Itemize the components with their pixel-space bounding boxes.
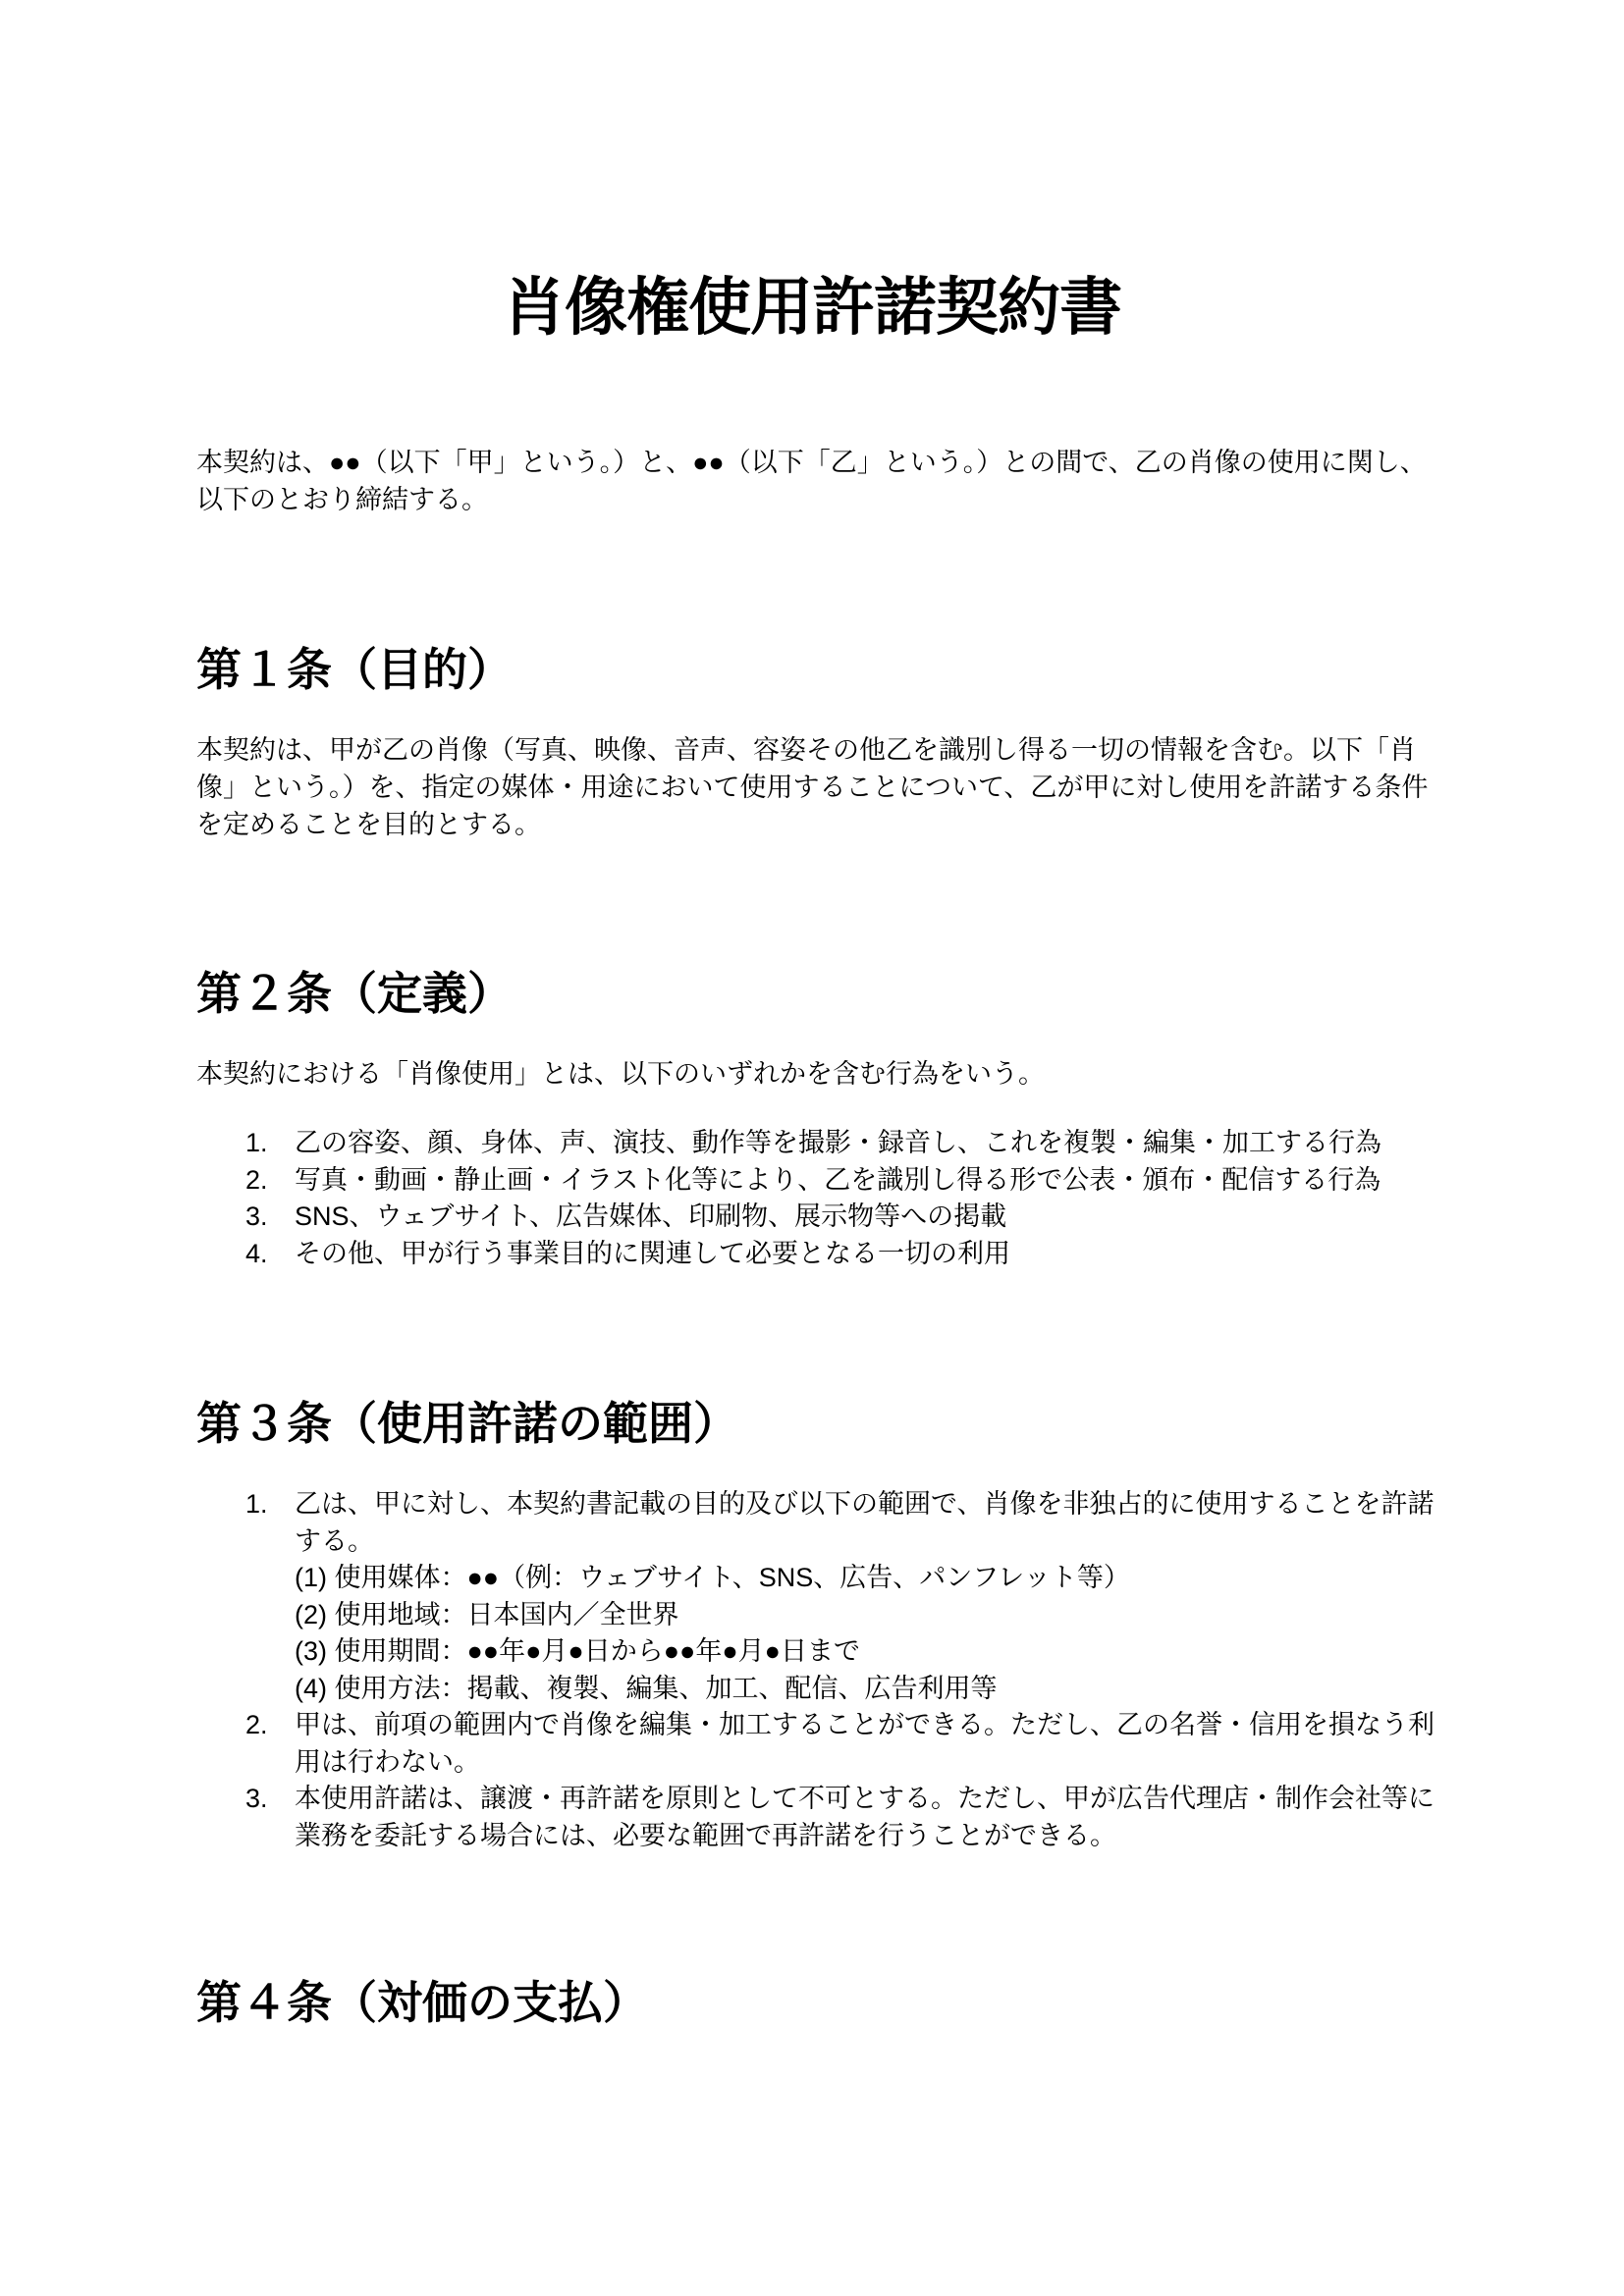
list-item-number: 2. [245,1707,268,1744]
list-item: 3. 本使用許諾は、譲渡・再許諾を原則として不可とする。ただし、甲が広告代理店・… [196,1781,1443,1854]
list-item-number: 1. [245,1125,268,1162]
article-4-heading: 第４条（対価の支払） [196,1973,648,2032]
list-item: 4. その他、甲が行う事業目的に関連して必要となる一切の利用 [196,1236,1443,1273]
article-1-body: 本契約は、甲が乙の肖像（写真、映像、音声、容姿その他乙を識別し得る一切の情報を含… [196,731,1434,843]
list-item-number: 4. [245,1236,268,1273]
list-item: 3. SNS、ウェブサイト、広告媒体、印刷物、展示物等への掲載 [196,1199,1443,1236]
list-item-number: 1. [245,1486,268,1523]
list-item: 1. 乙は、甲に対し、本契約書記載の目的及び以下の範囲で、肖像を非独占的に使用す… [196,1486,1443,1707]
list-item-number: 3. [245,1199,268,1236]
list-item: 1. 乙の容姿、顔、身体、声、演技、動作等を撮影・録音し、これを複製・編集・加工… [196,1125,1443,1162]
article-3-list: 1. 乙は、甲に対し、本契約書記載の目的及び以下の範囲で、肖像を非独占的に使用す… [196,1486,1443,1854]
list-item-number: 2. [245,1162,268,1200]
document-page: 肖像権使用許諾契約書 本契約は、●●（以下「甲」という。）と、●●（以下「乙」と… [0,0,1624,2296]
list-item-number: 3. [245,1781,268,1818]
list-item-text: 乙の容姿、顔、身体、声、演技、動作等を撮影・録音し、これを複製・編集・加工する行… [295,1128,1381,1157]
list-item: 2. 写真・動画・静止画・イラスト化等により、乙を識別し得る形で公表・頒布・配信… [196,1162,1443,1200]
list-item-text: 甲は、前項の範囲内で肖像を編集・加工することができる。ただし、乙の名誉・信用を損… [295,1710,1435,1777]
list-item-text: 本使用許諾は、譲渡・再許諾を原則として不可とする。ただし、甲が広告代理店・制作会… [295,1784,1435,1850]
article-1-heading: 第１条（目的） [196,640,513,699]
article-3-heading: 第３条（使用許諾の範囲） [196,1394,738,1453]
list-item-text: その他、甲が行う事業目的に関連して必要となる一切の利用 [295,1239,1010,1268]
list-item-text: SNS、ウェブサイト、広告媒体、印刷物、展示物等への掲載 [295,1201,1006,1231]
sub-item-region: (2) 使用地域：日本国内／全世界 [295,1597,1443,1634]
sub-item-media: (1) 使用媒体：●●（例：ウェブサイト、SNS、広告、パンフレット等） [295,1560,1443,1597]
document-title: 肖像権使用許諾契約書 [0,263,1624,351]
intro-paragraph: 本契約は、●●（以下「甲」という。）と、●●（以下「乙」という。）との間で、乙の… [196,444,1434,518]
article-2-body: 本契約における「肖像使用」とは、以下のいずれかを含む行為をいう。 [196,1055,1434,1093]
sub-item-period: (3) 使用期間：●●年●月●日から●●年●月●日まで [295,1633,1443,1671]
list-item: 2. 甲は、前項の範囲内で肖像を編集・加工することができる。ただし、乙の名誉・信… [196,1707,1443,1781]
sub-item-method: (4) 使用方法：掲載、複製、編集、加工、配信、広告利用等 [295,1671,1443,1708]
list-item-text: 乙は、甲に対し、本契約書記載の目的及び以下の範囲で、肖像を非独占的に使用すること… [295,1489,1434,1556]
article-2-heading: 第２条（定義） [196,964,513,1023]
list-item-text: 写真・動画・静止画・イラスト化等により、乙を識別し得る形で公表・頒布・配信する行… [295,1165,1380,1195]
article-2-list: 1. 乙の容姿、顔、身体、声、演技、動作等を撮影・録音し、これを複製・編集・加工… [196,1125,1443,1272]
